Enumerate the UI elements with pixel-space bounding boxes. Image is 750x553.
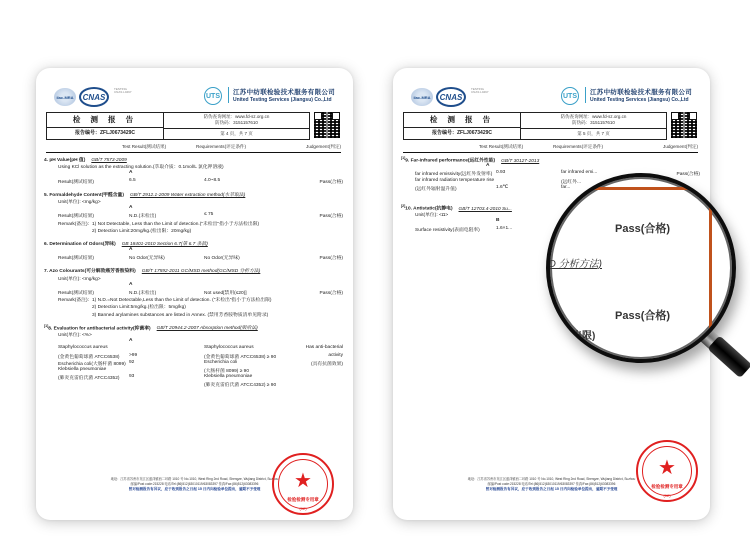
qr-code (671, 112, 697, 138)
table-row: Result(测试结果) No Odor(无异味) No Odor(无异味) P… (44, 254, 343, 261)
company-name: 江苏中纺联检验技术服务有限公司 United Testing Services … (585, 87, 692, 103)
cnas-subtext: TESTING CNAS L0497 (114, 88, 134, 95)
report-number: 报告编号：ZFLJ0673429C (404, 128, 521, 139)
star-icon: ★ (294, 471, 312, 491)
uts-logo: UTS (204, 87, 222, 105)
cnas-logo: CNAS (436, 87, 466, 107)
table-row: Klebsiella pneumoniae (大肠杆菌 8099) ≥ 90 (44, 367, 343, 374)
section-antibacterial: [1]8. Evaluation for antibacterial activ… (44, 324, 343, 331)
ilac-mra-logo: ilac-MRA (411, 88, 433, 106)
ilac-mra-logo: ilac-MRA (54, 88, 76, 106)
col-judgement: Judgement(判定) (306, 144, 341, 150)
official-stamp: ★ 检验检测专用章 (02) (272, 453, 334, 515)
verify-code: 防伪码：3151157610 (164, 120, 309, 126)
section-formaldehyde: 5. Formaldehyde Content(甲醛含量)GB/T 2912.1… (44, 191, 343, 198)
section-azo: 7. Azo Colourants(可分解致癌芳香胺染料)GB/T 17592-… (44, 267, 343, 274)
report-content: 4. pH Value(pH 值)GB/T 7573-2009 Using KC… (44, 156, 343, 388)
table-row: Result(测试结果) N.D.(未检出) Not used[禁用(≤20)]… (44, 289, 343, 296)
table-row: Staphylococcus aureus Staphylococcus aur… (44, 345, 343, 352)
company-name-en: United Testing Services (Jiangsu) Co.,Lt… (233, 97, 335, 103)
table-row: Result(测试结果) N.D.(未检出) ≤ 75 Pass(合格) (44, 212, 343, 219)
magnified-method: SD 分析方法) (546, 255, 602, 270)
magnified-limit: 方法检出限) (546, 327, 595, 342)
table-row: Result(测试结果) 6.5 4.0~8.5 Pass(合格) (44, 178, 343, 185)
page-indicator: 第 5 页，共 7 页 (521, 128, 666, 139)
report-page-4: ilac-MRA CNAS TESTING CNAS L0497 UTS 江苏中… (36, 68, 353, 520)
report-header: ilac-MRA CNAS TESTING CNAS L0497 UTS 江苏中… (405, 84, 698, 110)
table-row: Escherichia coli(大肠杆菌 8099) 92 Escherich… (44, 360, 343, 367)
cnas-logo: CNAS (79, 87, 109, 107)
ph-note: Using KCl solution as the extracting sol… (58, 163, 224, 170)
uts-logo: UTS (561, 87, 579, 105)
report-number: 报告编号：ZFLJ0673429C (47, 128, 164, 139)
section-title: 4. pH Value(pH 值)GB/T 7573-2009 (44, 156, 127, 163)
table-row: (金黄色葡萄球菌 ATCC6538) >99 (金黄色葡萄球菌 ATCC6538… (44, 353, 343, 360)
report-title: 检 测 报 告 (47, 113, 164, 128)
sample-label: A (129, 170, 132, 175)
report-header: ilac-MRA CNAS TESTING CNAS L0497 UTS 江苏中… (48, 84, 341, 110)
table-row: (肺炎克雷伯氏菌 ATCC4352) 93 Klebsiella pneumon… (44, 374, 343, 381)
report-info-table: 检 测 报 告 报告编号：ZFLJ0673429C 防伪查询网址：www.fd-… (403, 112, 667, 140)
official-stamp: ★ 检验检测专用章 (02) (636, 440, 698, 502)
company-name-cn: 江苏中纺联检验技术服务有限公司 (233, 87, 335, 96)
company-name: 江苏中纺联检验技术服务有限公司 United Testing Services … (228, 87, 335, 103)
verification-info: 防伪查询网址：www.fd-sz.org.cn 防伪码：3151157610 (164, 113, 309, 129)
magnified-judgement-1: Pass(合格) (615, 220, 670, 236)
section-ph: 4. pH Value(pH 值)GB/T 7573-2009 (44, 156, 343, 163)
magnified-judgement-2: Pass(合格) (615, 307, 670, 323)
col-requirements: Requirements(评定条件) (196, 144, 246, 150)
column-headers: Test Result(测试结果) Requirements(评定条件) Jud… (403, 143, 698, 153)
qr-code (314, 112, 340, 138)
section-far-infrared: [1]9. Far-infrared performance(远红外性能)GB/… (401, 156, 700, 163)
magnifier-lens: Pass(合格) SD 分析方法) Pass(合格) 方法检出限) (546, 173, 736, 363)
report-info-table: 检 测 报 告 报告编号：ZFLJ0673429C 防伪查询网址：www.fd-… (46, 112, 310, 140)
page-indicator: 第 4 页，共 7 页 (164, 128, 309, 139)
col-test-result: Test Result(测试结果) (122, 144, 166, 150)
cnas-subtext: TESTING CNAS L0497 (471, 88, 491, 95)
section-odor: 6. Determination of Odors(异味)GB 18401-20… (44, 240, 343, 247)
verification-info: 防伪查询网址：www.fd-sz.org.cn 防伪码：3151157610 (521, 113, 666, 129)
column-headers: Test Result(测试结果) Requirements(评定条件) Jud… (46, 143, 341, 153)
report-title: 检 测 报 告 (404, 113, 521, 128)
star-icon: ★ (658, 458, 676, 478)
